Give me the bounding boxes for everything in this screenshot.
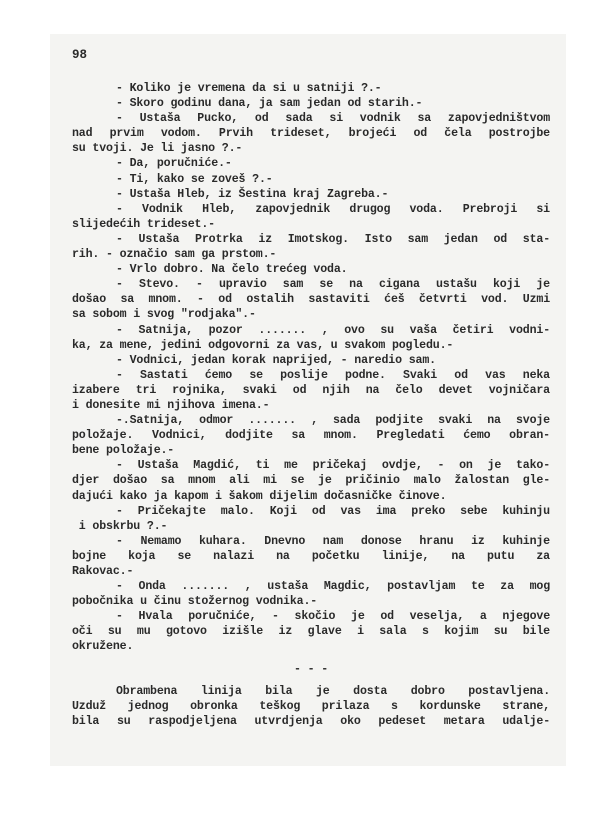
- text-line: - Da, poručniće.-: [72, 156, 550, 171]
- document-page: 98 - Koliko je vremena da si u satniji ?…: [50, 34, 566, 766]
- text-line: Obrambena linija bila je dosta dobro pos…: [72, 684, 550, 699]
- text-line: - Sastati ćemo se poslije podne. Svaki o…: [72, 368, 550, 383]
- page-body: - Koliko je vremena da si u satniji ?.--…: [72, 81, 550, 729]
- text-line: došao sa mnom. - od ostalih sastaviti će…: [72, 292, 550, 307]
- text-line: Uzduž jednog obronka teškog prilaza s ko…: [72, 699, 550, 714]
- text-line: - Koliko je vremena da si u satniji ?.-: [72, 81, 550, 96]
- text-line: položaje. Vodnici, dodjite sa mnom. Preg…: [72, 428, 550, 443]
- text-line: - Hvala poručniće, - skočio je od veselj…: [72, 609, 550, 624]
- text-line: - Pričekajte malo. Koji od vas ima preko…: [72, 504, 550, 519]
- dialogue-section: - Koliko je vremena da si u satniji ?.--…: [72, 81, 550, 655]
- text-line: bojne koja se nalazi na početku linije, …: [72, 549, 550, 564]
- text-line: -.Satnija, odmor ....... , sada podjite …: [72, 413, 550, 428]
- text-line: - Onda ....... , ustaša Magdic, postavlj…: [72, 579, 550, 594]
- text-line: Rakovac.-: [72, 564, 550, 579]
- text-line: sa sobom i svog "rodjaka".-: [72, 307, 550, 322]
- text-line: bene položaje.-: [72, 443, 550, 458]
- text-line: rih. - označio sam ga prstom.-: [72, 247, 550, 262]
- text-line: su tvoji. Je li jasno ?.-: [72, 141, 550, 156]
- narrative-section: Obrambena linija bila je dosta dobro pos…: [72, 684, 550, 729]
- text-line: - Ustaša Hleb, iz Šestina kraj Zagreba.-: [72, 187, 550, 202]
- text-line: - Skoro godinu dana, ja sam jedan od sta…: [72, 96, 550, 111]
- text-line: nad prvim vodom. Prvih trideset, brojeći…: [72, 126, 550, 141]
- text-line: - Nemamo kuhara. Dnevno nam donose hranu…: [72, 534, 550, 549]
- text-line: - Stevo. - upravio sam se na cigana usta…: [72, 277, 550, 292]
- text-line: - Vodnik Hleb, zapovjednik drugog voda. …: [72, 202, 550, 217]
- text-line: - Vrlo dobro. Na čelo trećeg voda.: [72, 262, 550, 277]
- text-line: okružene.: [72, 639, 550, 654]
- text-line: pobočnika u činu stožernog vodnika.-: [72, 594, 550, 609]
- text-line: i donesite mi njihova imena.-: [72, 398, 550, 413]
- text-line: - Satnija, pozor ....... , ovo su vaša č…: [72, 323, 550, 338]
- text-line: oči su mu gotovo izišle iz glave i sala …: [72, 624, 550, 639]
- text-line: slijedećih trideset.-: [72, 217, 550, 232]
- section-separator: - - -: [72, 662, 550, 677]
- text-line: ka, za mene, jedini odgovorni za vas, u …: [72, 338, 550, 353]
- text-line: - Ti, kako se zoveš ?.-: [72, 172, 550, 187]
- text-line: - Ustaša Pucko, od sada si vodnik sa zap…: [72, 111, 550, 126]
- text-line: - Ustaša Magdić, ti me pričekaj ovdje, -…: [72, 458, 550, 473]
- text-line: djer došao sa mnom ali mi se je pričinio…: [72, 473, 550, 488]
- text-line: i obskrbu ?.-: [72, 519, 550, 534]
- text-line: - Ustaša Protrka iz Imotskog. Isto sam j…: [72, 232, 550, 247]
- text-line: bila su raspodjeljena utvrdjenja oko ped…: [72, 714, 550, 729]
- text-line: dajući kako ja kapom i šakom dijelim doč…: [72, 489, 550, 504]
- text-line: izabere tri rojnika, svaki od njih na če…: [72, 383, 550, 398]
- text-line: - Vodnici, jedan korak naprijed, - nared…: [72, 353, 550, 368]
- page-number: 98: [72, 48, 87, 62]
